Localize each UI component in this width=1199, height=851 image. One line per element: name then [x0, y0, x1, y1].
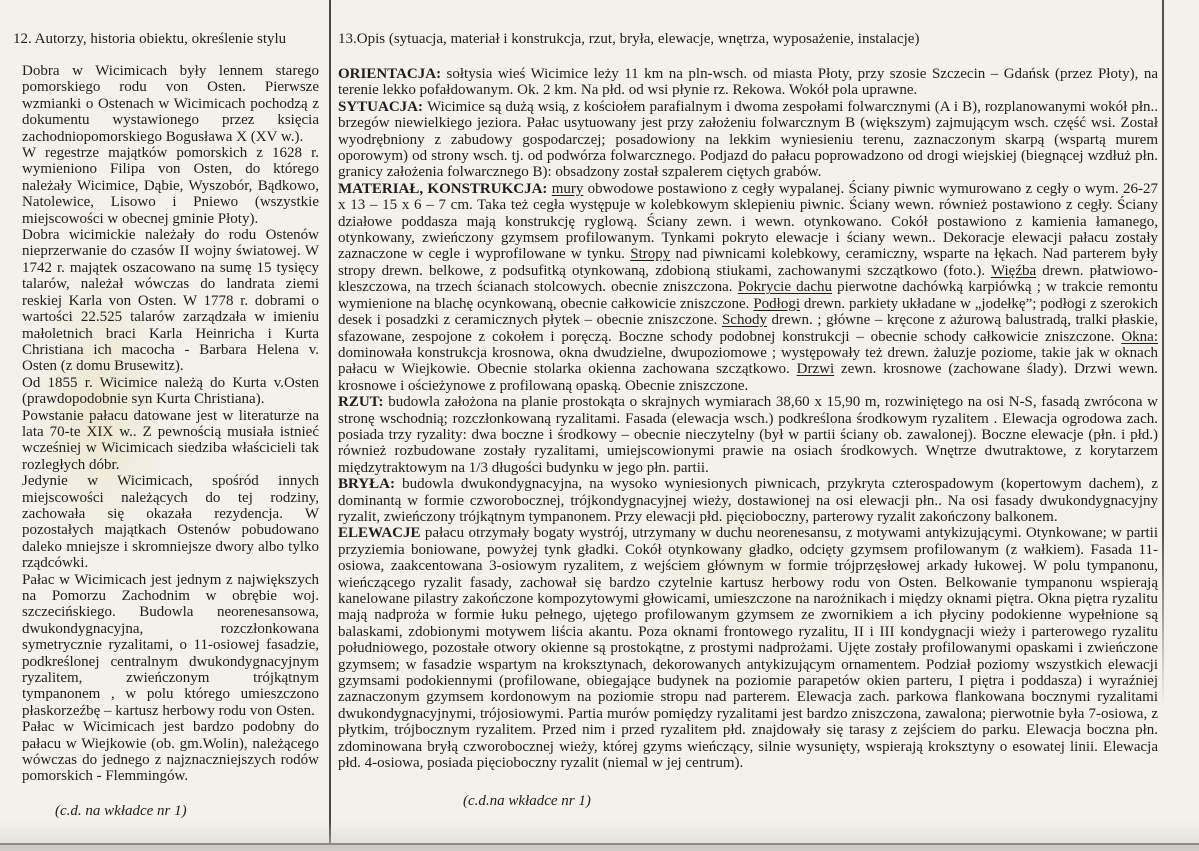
paragraph: Od 1855 r. Wicimice należą do Kurta v.Os… [22, 375, 319, 408]
text-segment: Pokrycie dachu [738, 279, 832, 295]
paragraph: Pałac w Wicimicach jest bardzo podobny d… [22, 719, 319, 785]
right-paragraphs: ORIENTACJA: sołtysia wieś Wicimice leży … [338, 66, 1158, 771]
text-segment: Podłogi [753, 296, 800, 312]
right-column: 13.Opis (sytuacja, materiał i konstrukcj… [338, 30, 1158, 810]
text-segment: W regestrze majątków pomorskich z 1628 r… [22, 145, 319, 227]
scan-bottom-edge [0, 843, 1199, 851]
text-segment: Powstanie pałacu datowane jest w literat… [22, 408, 319, 473]
text-segment: SYTUACJA: [338, 99, 427, 115]
right-section-header: 13.Opis (sytuacja, materiał i konstrukcj… [338, 30, 1158, 48]
paragraph: W regestrze majątków pomorskich z 1628 r… [22, 145, 319, 227]
text-segment: RZUT: [338, 394, 388, 410]
left-column: 12. Autorzy, historia obiektu, określeni… [13, 30, 319, 820]
paragraph: Dobra w Wicimicach były lennem starego p… [22, 63, 319, 145]
text-segment: Pałac w Wicimicach jest bardzo podobny d… [22, 719, 319, 784]
paragraph: SYTUACJA: Wicimice są dużą wsią, z kości… [338, 99, 1158, 181]
text-segment: Dobra wicimickie należały do rodu Ostenó… [22, 227, 319, 374]
text-segment: Od 1855 r. Wicimice należą do Kurta v.Os… [22, 375, 319, 407]
text-segment: Pałac w Wicimicach jest jednym z najwięk… [22, 572, 319, 719]
text-segment: pałacu otrzymały bogaty wystrój, utrzyma… [338, 525, 1158, 771]
paragraph: Pałac w Wicimicach jest jednym z najwięk… [22, 572, 319, 720]
right-footer-note: (c.d.na wkładce nr 1) [463, 793, 1158, 810]
left-section-header: 12. Autorzy, historia obiektu, określeni… [13, 30, 319, 48]
text-segment: Okna: [1121, 329, 1158, 345]
text-segment: ELEWACJE [338, 525, 425, 541]
paragraph: ELEWACJE pałacu otrzymały bogaty wystrój… [338, 525, 1158, 771]
paragraph: RZUT: budowla założona na planie prostok… [338, 394, 1158, 476]
text-segment: Jedynie w Wicimicach, spośród innych mie… [22, 473, 319, 571]
paragraph: Powstanie pałacu datowane jest w literat… [22, 408, 319, 474]
paragraph: MATERIAŁ, KONSTRUKCJA: mury obwodowe pos… [338, 181, 1158, 394]
document-page: 12. Autorzy, historia obiektu, określeni… [0, 0, 1199, 851]
text-segment: MATERIAŁ, KONSTRUKCJA: [338, 181, 552, 197]
column-divider-line [329, 0, 331, 845]
paragraph: BRYŁA: budowla dwukondygnacyjna, na wyso… [338, 476, 1158, 525]
text-segment: budowla dwukondygnacyjna, na wysoko wyni… [338, 476, 1158, 525]
text-segment: Więźba [991, 263, 1036, 279]
left-paragraphs: Dobra w Wicimicach były lennem starego p… [22, 63, 319, 785]
text-segment: Dobra w Wicimicach były lennem starego p… [22, 63, 319, 145]
left-footer-note: (c.d. na wkładce nr 1) [55, 803, 319, 820]
text-segment: budowla założona na planie prostokąta o … [338, 394, 1158, 476]
page-edge-line [1162, 0, 1164, 705]
text-segment: BRYŁA: [338, 476, 402, 492]
scan-bottom-fade [0, 821, 1199, 843]
text-segment: mury [552, 181, 584, 197]
text-segment: Drzwi [797, 361, 835, 377]
text-segment: Stropy [630, 246, 670, 262]
text-segment: Wicimice są dużą wsią, z kościołem paraf… [338, 99, 1158, 181]
paragraph: Jedynie w Wicimicach, spośród innych mie… [22, 473, 319, 571]
text-segment: ORIENTACJA: [338, 66, 447, 82]
text-segment: sołtysia wieś Wicimice leży 11 km na pln… [338, 66, 1158, 98]
paragraph: Dobra wicimickie należały do rodu Ostenó… [22, 227, 319, 375]
paragraph: ORIENTACJA: sołtysia wieś Wicimice leży … [338, 66, 1158, 99]
text-segment: Schody [722, 312, 767, 328]
